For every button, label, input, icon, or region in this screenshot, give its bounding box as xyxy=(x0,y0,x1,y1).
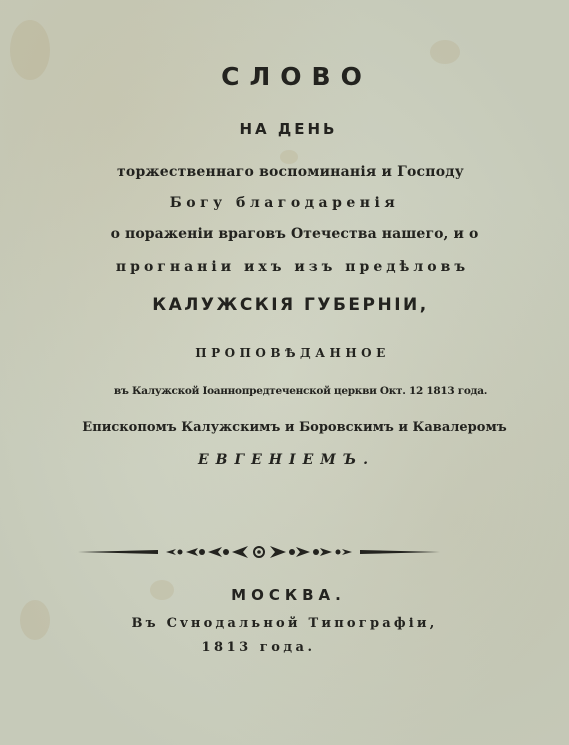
paper-stain xyxy=(430,40,460,64)
occasion-line-3: о пораженіи враговъ Отечества нашего, и … xyxy=(10,226,569,242)
imprint-printer: Въ Сvнодальной Типографіи, xyxy=(0,616,569,631)
preached-label: ПРОПОВѢДАННОЕ xyxy=(8,346,569,360)
imprint-city: МОСКВА. xyxy=(4,586,569,604)
title-page: СЛОВО НА ДЕНЬ торжественнаго воспоминані… xyxy=(0,0,569,745)
title: СЛОВО xyxy=(12,62,569,91)
imprint-year: 1813 года. xyxy=(0,640,543,655)
author-name: ЕВГЕНІЕМЪ. xyxy=(2,452,569,468)
occasion-line-4: прогнаніи ихъ изъ предѣловъ xyxy=(8,259,569,275)
subtitle: НА ДЕНЬ xyxy=(4,120,569,138)
paper-stain xyxy=(280,150,298,164)
occasion-line-2: Богу благодаренія xyxy=(0,195,569,211)
decorative-rule-ornament xyxy=(78,544,440,560)
author-line: Епископомъ Калужскимъ и Боровскимъ и Кав… xyxy=(10,420,569,435)
occasion-line-1: торжественнаго воспоминанія и Господу xyxy=(6,164,569,180)
place-date-line: въ Калужской Іоаннопредтеченской церкви … xyxy=(16,385,569,397)
region-heading: КАЛУЖСКІЯ ГУБЕРНІИ, xyxy=(6,295,569,315)
